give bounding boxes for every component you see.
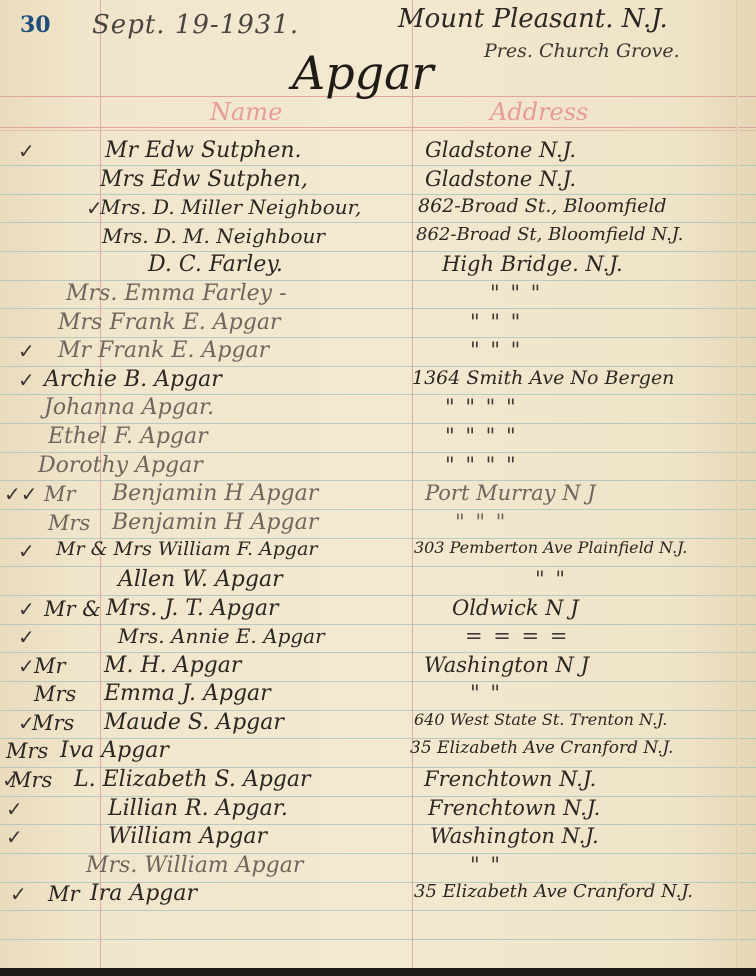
entry-address: Gladstone N.J.: [425, 167, 576, 191]
register-row: ✓✓ Mr Benjamin H Apgar Port Murray N J: [0, 480, 756, 509]
check-mark-icon: ✓: [18, 368, 35, 392]
entry-name: Mrs. D. M. Neighbour: [102, 224, 325, 248]
entry-prefix: Mrs: [32, 711, 74, 735]
entry-address: 35 Elizabeth Ave Cranford N.J.: [410, 738, 673, 758]
entry-name: Mr Frank E. Apgar: [58, 338, 269, 363]
register-row: ✓ Mr & Mrs William F. Apgar 303 Pemberto…: [0, 537, 756, 566]
entry-name: M. H. Apgar: [104, 653, 241, 678]
entry-name: Iva Apgar: [60, 738, 169, 763]
entry-address: 862-Broad St, Bloomfield N.J.: [416, 224, 683, 245]
register-row: Dorothy Apgar " " " ": [0, 452, 756, 481]
register-entries: ✓ Mr Edw Sutphen. Gladstone N.J. Mrs Edw…: [0, 137, 756, 909]
header-rule-bottom: [0, 127, 756, 128]
entry-prefix: Mrs: [34, 682, 76, 706]
entry-name: Maude S. Apgar: [104, 710, 284, 735]
check-mark-icon: ✓: [18, 597, 35, 621]
ruled-line: [0, 939, 756, 940]
entry-name: Mrs. William Apgar: [86, 853, 303, 878]
family-name-heading: Apgar: [292, 46, 434, 100]
entry-address: Oldwick N J: [452, 596, 579, 620]
entry-address: 862-Broad St., Bloomfield: [418, 195, 667, 217]
check-mark-icon: ✓: [18, 539, 35, 563]
register-row: ✓ Mrs. D. Miller Neighbour, 862-Broad St…: [0, 194, 756, 223]
entry-address-ditto: " " ": [470, 338, 522, 362]
register-row: Allen W. Apgar " ": [0, 566, 756, 595]
register-row: Mrs. D. M. Neighbour 862-Broad St, Bloom…: [0, 223, 756, 252]
entry-address: Gladstone N.J.: [425, 138, 576, 162]
entry-name: Mrs. Annie E. Apgar: [118, 624, 325, 648]
event-date: Sept. 19-1931.: [92, 10, 299, 40]
entry-name: Archie B. Apgar: [44, 367, 222, 392]
entry-address: Washington N.J.: [430, 824, 599, 848]
check-mark-icon: ✓: [18, 339, 35, 363]
entry-name: Mrs. D. Miller Neighbour,: [100, 195, 361, 219]
entry-address-ditto: " " " ": [445, 424, 518, 448]
register-row: Mrs Edw Sutphen, Gladstone N.J.: [0, 166, 756, 195]
register-row: Ethel F. Apgar " " " ": [0, 423, 756, 452]
entry-prefix: Mrs: [10, 768, 52, 792]
entry-name: D. C. Farley.: [148, 252, 283, 277]
register-row: D. C. Farley. High Bridge. N.J.: [0, 251, 756, 280]
register-row: ✓ Archie B. Apgar 1364 Smith Ave No Berg…: [0, 366, 756, 395]
register-row: Mrs Frank E. Apgar " " ": [0, 309, 756, 338]
entry-name: Benjamin H Apgar: [112, 481, 318, 506]
register-row: Mrs Emma J. Apgar " ": [0, 680, 756, 709]
entry-name: Emma J. Apgar: [104, 681, 271, 706]
entry-prefix: Mrs: [6, 739, 48, 763]
entry-prefix: Mr &: [44, 597, 101, 621]
page-number: 30: [20, 12, 51, 38]
entry-address-ditto: " ": [470, 681, 502, 705]
register-row: ✓ Mrs. Annie E. Apgar = = = =: [0, 623, 756, 652]
entry-address-ditto: " " " ": [445, 395, 518, 419]
entry-address: 35 Elizabeth Ave Cranford N.J.: [414, 881, 693, 902]
register-row: Johanna Apgar. " " " ": [0, 394, 756, 423]
entry-name: Mrs Edw Sutphen,: [100, 167, 308, 192]
register-row: ✓ Mrs Maude S. Apgar 640 West State St. …: [0, 709, 756, 738]
entry-prefix: Mr: [44, 482, 76, 506]
entry-name: William Apgar: [108, 824, 267, 849]
entry-address-ditto: " ": [535, 567, 567, 591]
entry-address: 1364 Smith Ave No Bergen: [412, 367, 674, 389]
entry-name: Lillian R. Apgar.: [108, 796, 288, 821]
entry-address: 303 Pemberton Ave Plainfield N.J.: [414, 538, 687, 557]
entry-address: Washington N J: [424, 653, 589, 677]
event-venue: Pres. Church Grove.: [484, 40, 680, 62]
register-row: ✓ Mrs L. Elizabeth S. Apgar Frenchtown N…: [0, 766, 756, 795]
entry-name: Johanna Apgar.: [44, 395, 214, 420]
entry-address-ditto: = = = =: [465, 624, 569, 648]
register-row: Mrs Benjamin H Apgar " " ": [0, 509, 756, 538]
register-row: ✓ Mr Ira Apgar 35 Elizabeth Ave Cranford…: [0, 880, 756, 909]
check-mark-icon: ✓: [10, 882, 27, 906]
register-row: ✓ Lillian R. Apgar. Frenchtown N.J.: [0, 795, 756, 824]
check-mark-icon: ✓: [18, 625, 35, 649]
entry-name: Benjamin H Apgar: [112, 510, 318, 535]
entry-address: High Bridge. N.J.: [442, 252, 623, 276]
entry-address: Frenchtown N.J.: [428, 796, 600, 820]
entry-name: Mrs. Emma Farley -: [66, 281, 287, 306]
address-column-header: Address: [490, 98, 588, 126]
register-row: ✓ Mr & Mrs. J. T. Apgar Oldwick N J: [0, 595, 756, 624]
entry-prefix: Mr: [34, 654, 66, 678]
register-row: ✓ Mr Edw Sutphen. Gladstone N.J.: [0, 137, 756, 166]
register-row: Mrs. Emma Farley - " " ": [0, 280, 756, 309]
ruled-line: [0, 910, 756, 911]
entry-address: 640 West State St. Trenton N.J.: [414, 710, 667, 729]
entry-address-ditto: " " ": [470, 310, 522, 334]
entry-name: L. Elizabeth S. Apgar: [74, 767, 311, 792]
entry-name: Mrs. J. T. Apgar: [106, 596, 279, 621]
entry-address: Port Murray N J: [425, 481, 596, 505]
event-location: Mount Pleasant. N.J.: [398, 4, 668, 34]
entry-address-ditto: " " " ": [445, 453, 518, 477]
entry-prefix: Mrs: [48, 511, 90, 535]
register-row: Mrs Iva Apgar 35 Elizabeth Ave Cranford …: [0, 737, 756, 766]
register-row: Mrs. William Apgar " ": [0, 852, 756, 881]
entry-prefix: Mr: [48, 882, 80, 906]
header-rule-bottom-double: [0, 130, 756, 131]
register-row: ✓ William Apgar Washington N.J.: [0, 823, 756, 852]
check-mark-icon: ✓: [6, 797, 23, 821]
entry-name: Allen W. Apgar: [118, 567, 283, 592]
register-row: ✓ Mr Frank E. Apgar " " ": [0, 337, 756, 366]
entry-name: Mr Edw Sutphen.: [105, 138, 302, 163]
entry-address: Frenchtown N.J.: [424, 767, 596, 791]
entry-name: Dorothy Apgar: [38, 453, 203, 478]
check-mark-icon: ✓: [6, 825, 23, 849]
entry-name: Mrs Frank E. Apgar: [58, 310, 280, 335]
check-mark-icon: ✓: [18, 654, 35, 678]
register-row: ✓ Mr M. H. Apgar Washington N J: [0, 652, 756, 681]
entry-address-ditto: " " ": [455, 510, 507, 534]
ledger-page: 30 Sept. 19-1931. Mount Pleasant. N.J. P…: [0, 0, 756, 968]
entry-name: Ethel F. Apgar: [48, 424, 208, 449]
entry-name: Mr & Mrs William F. Apgar: [56, 538, 318, 560]
check-mark-icon: ✓: [18, 139, 35, 163]
entry-name: Ira Apgar: [90, 881, 197, 906]
entry-address-ditto: " " ": [490, 281, 542, 305]
entry-address-ditto: " ": [470, 853, 502, 877]
scan-bottom-edge: [0, 968, 756, 976]
name-column-header: Name: [210, 98, 282, 126]
check-mark-icon: ✓✓: [4, 482, 38, 506]
